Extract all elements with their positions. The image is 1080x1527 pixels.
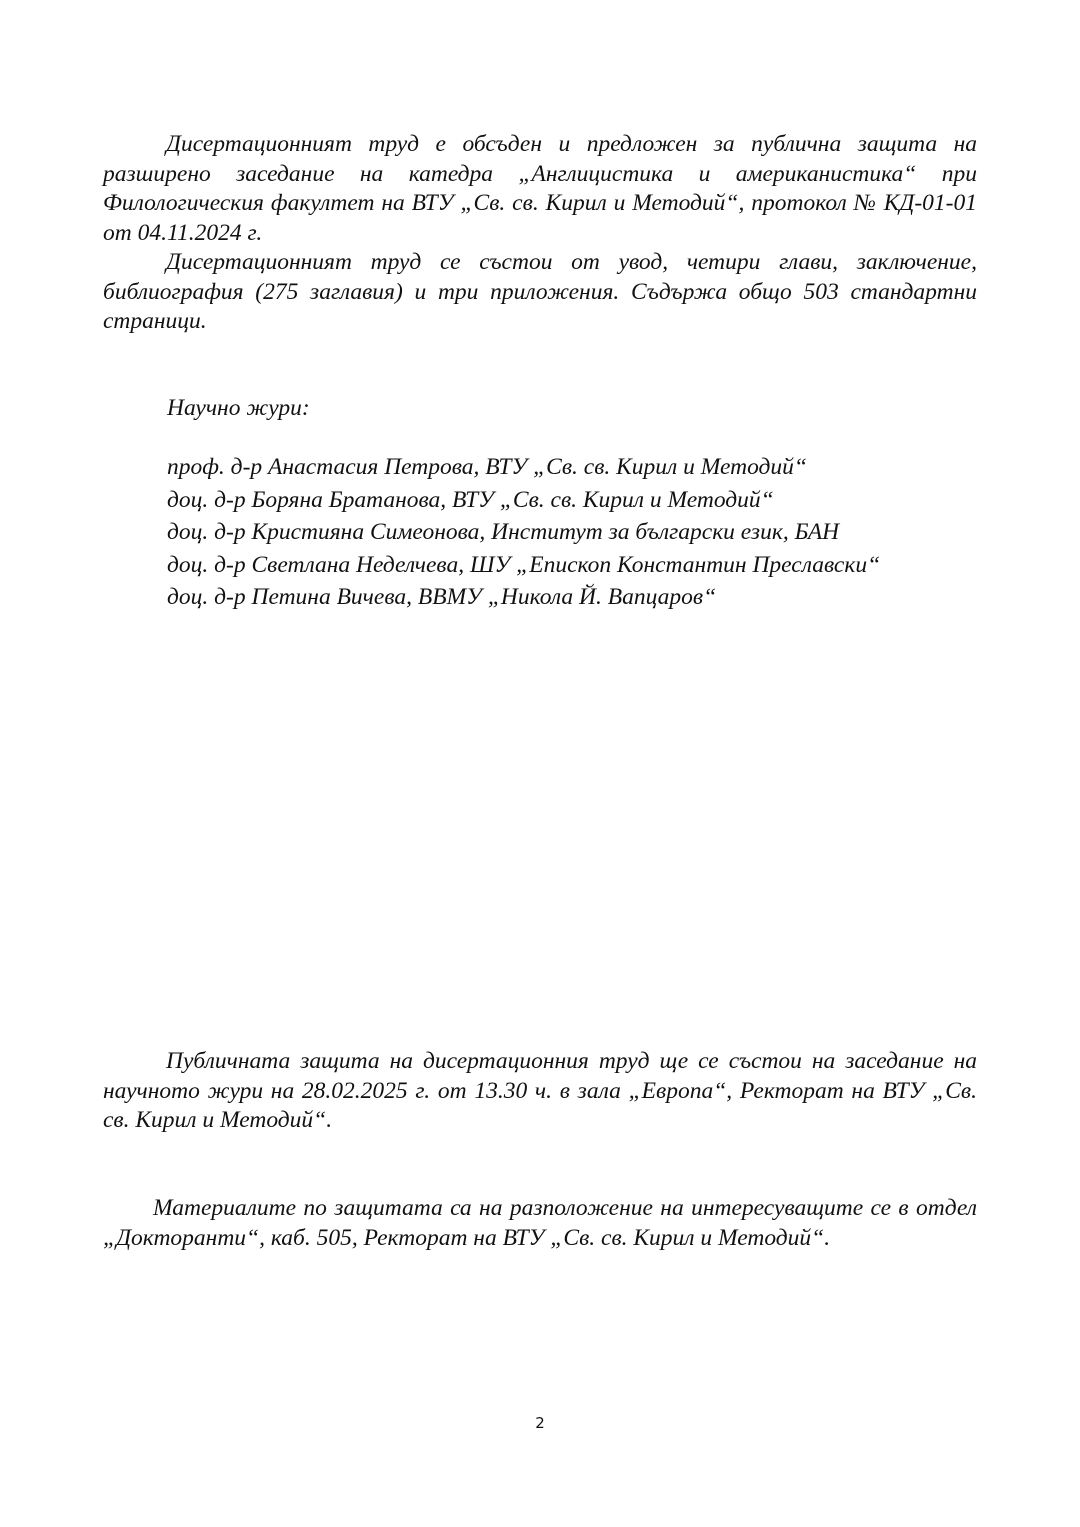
- paragraph-defense: Публичната защита на дисертационния труд…: [103, 1047, 977, 1136]
- paragraph-defense-text: Публичната защита на дисертационния труд…: [103, 1048, 977, 1133]
- document-page: Дисертационният труд е обсъден и предлож…: [0, 0, 1080, 1527]
- jury-list: проф. д-р Анастасия Петрова, ВТУ „Св. св…: [167, 451, 880, 614]
- jury-member: доц. д-р Светлана Неделчева, ШУ „Епископ…: [167, 549, 880, 582]
- paragraph-materials-text: Материалите по защитата са на разположен…: [103, 1195, 977, 1251]
- paragraph-discussion: Дисертационният труд е обсъден и предлож…: [103, 130, 977, 248]
- paragraph-materials: Материалите по защитата са на разположен…: [103, 1194, 977, 1253]
- paragraph-structure: Дисертационният труд се състои от увод, …: [103, 248, 977, 337]
- jury-member: доц. д-р Боряна Братанова, ВТУ „Св. св. …: [167, 484, 880, 517]
- jury-member: доц. д-р Кристияна Симеонова, Институт з…: [167, 516, 880, 549]
- jury-member: доц. д-р Петина Вичева, ВВМУ „Никола Й. …: [167, 581, 880, 614]
- page-number: 2: [0, 1414, 1080, 1432]
- jury-title: Научно жури:: [167, 393, 310, 423]
- paragraph-discussion-text: Дисертационният труд е обсъден и предлож…: [103, 131, 977, 246]
- paragraph-structure-text: Дисертационният труд се състои от увод, …: [103, 249, 977, 334]
- jury-member: проф. д-р Анастасия Петрова, ВТУ „Св. св…: [167, 451, 880, 484]
